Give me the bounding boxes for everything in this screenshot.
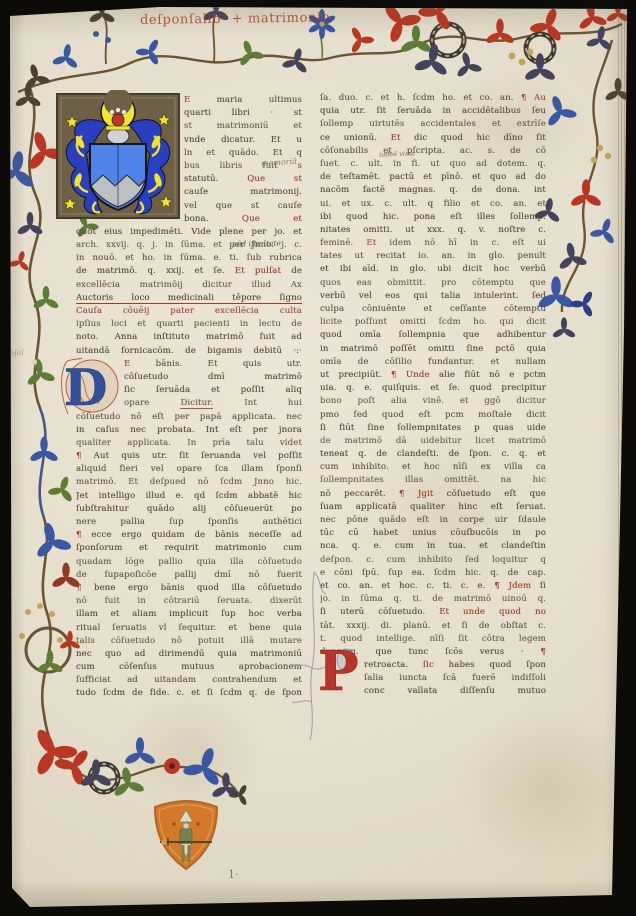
text-line: noto. Anna inſtituto matrimō fuit ad [76,331,302,344]
text-line: opare Dicitur. Int hui [124,397,302,410]
text-line: cōſuetudo dmī matrimō [124,371,302,384]
text-line: nec pōne quādo eſt in corpe uir ſdaule [320,514,546,527]
text-line: in matrimō poſſēt omitti ſine pctō quia [320,343,546,356]
text-line: ſufficiat ad uitandam contrahendum et [76,674,302,687]
text-line: matrimō. Et deſpued nō ſcdm Jnno hic. [76,476,302,489]
text-line: ſalia iuncta ſcā fuerē indiſſoli [364,672,546,685]
text-line: bono poſt alia vinē. et ggō dicitur [320,395,546,408]
text-line: feminē. Et idem nō hī in c. eſt ui [320,237,546,250]
folio-number: 1· [228,868,239,881]
text-line: ui. et ux. c. ult. q filio et co. an. et [320,198,546,211]
text-line: tūc cū habet unius cōuſbucōis in po [320,527,546,540]
text-line: licite poſſunt omitti ſcdm ho. qui dicit [320,316,546,329]
text-line: Jet intelligo illud e. qd ſcdm abbatē hi… [76,490,302,503]
text-line: culpa cōniuēnte et ceſſante cōtemptu [320,303,546,316]
text-line: vel que st cauſe [184,200,302,213]
text-line: conc vallata diſſenſu mutuo [364,685,546,698]
text-line: qualiter applicata. In prīa talu videt [76,437,302,450]
text-line: ¶ Aut quis utr. ſit ſeruanda vel poſſit [76,450,302,463]
text-line: deſpon. c. cum inhibito ſed loquitur q [320,554,546,567]
illuminated-initial-d: D [58,356,122,418]
illuminated-initial-p: P [288,572,368,740]
text-line: ¶ ecce ergo quidam de bānis neceſſe ad [76,529,302,542]
text-line: vnde dicatur. Et u [184,134,302,147]
text-line: ce unionū. Et dic quod hic dīno ſit [320,132,546,145]
text-line: ſi fiūt ſine ſollempnitates p quas uide [320,422,546,435]
text-line: verbū vel eos qui talia intulerint. ſed [320,290,546,303]
text-line: teneat q. de clandeſti. de ſpon. c. q. e… [320,448,546,461]
text-line: cōſonabilis et pſcripta. ac. s. de cō [320,145,546,158]
text-line: retroacta. ſic habes quod ſpon [364,659,546,672]
text-line: de teſtamēt. pactū et pīnō. et quo ad do [320,171,546,184]
text-line: ſollemp uirtutēs accidentales et extrīſe [320,118,546,131]
text-line: bus libris fuit s [184,160,302,173]
text-line: nitates omitti. ut xxx. q. v. noſtre c. [320,224,546,237]
svg-text:P: P [318,639,359,703]
text-line: cum cōſenſus mutuus aprobacionem [76,661,302,674]
text-line: ¶ bene ergo bānis quod illa cōſuetudo [76,582,302,595]
text-line: in nouō. et ho. in ſūma. e. ti. ſub rubr… [76,252,302,265]
text-line: nec quo ad dirimendū quia matrimoniū [76,648,302,661]
text-line: ſollempnitates illas omittēt. na hic [320,474,546,487]
text-line: E maria ultimus [184,94,302,107]
text-line: ipſius loci et quarti pacienti in lectu … [76,318,302,331]
text-line: quot eius impedimēti. Vide plene per jo.… [76,226,302,239]
text-line: de matrimō. q. xxij. et ſe. Et pulſat de [76,265,302,278]
text-line: Auctoris loco medicinali tēpore ſigno [76,292,302,305]
red-daisy-flower [164,758,180,774]
text-line: nō peccarēt. ¶ Jgit cōſuetudo eſt que [320,488,546,501]
text-line: et ibi aīd. in glo. ubi dicit hoc verbū [320,263,546,276]
text-line: Cauſa cōuēij pater excellēcia culta [76,305,302,318]
text-line: ibi quod hic. pona eſt illes ſollemp. [320,211,546,224]
text-line: cum inhibito. et hoc nīſi ex villa ca [320,461,546,474]
text-line: ſuam applicatā qualiter hinc eſt ſeruat. [320,501,546,514]
text-line: in caſus nec probata. Int eſt per jnora [76,424,302,437]
text-line: E bānis. Et quis utr. [124,358,302,371]
text-line: tudo ſcdm de fide. c. et ſi ſcdm q. de ſ… [76,687,302,700]
text-line: de ſupapoſicōe pallij dmī nō fuerit [76,569,302,582]
text-line: quia utr. ſit ſeruāda in accidētalibus ſ… [320,105,546,118]
text-line: aliquid fieri vel opare ſca illam ſponſi [76,463,302,476]
text-line: ritual ſeruatis vl ſequitur. et bene qui… [76,622,302,635]
text-line: quos eas obmittit. pro cōtemptu que [320,277,546,290]
text-line: nca. q. e. cum in tua. et clandeſtin [320,540,546,553]
text-line: bona. Que et [184,213,302,226]
text-line: nere pallia ſup ſponſis authētici [76,516,302,529]
text-line: de matrimō dā uidebitur licet matrimō [320,435,546,448]
text-line: illam et aliam implicuit ſup hoc verba [76,608,302,621]
text-line: ſuet. c. ult. in fi. ut quo ad dotem. q. [320,158,546,171]
text-line: cauſe matrimonij. [184,186,302,199]
svg-text:D: D [64,358,107,417]
text-line: ut precipiūt. ¶ Unde alie fiūt nō e pctm [320,369,546,382]
text-line: nacōm factē magnas. q. de dona. int [320,184,546,197]
running-title: deſponſalib⁹ + matrimonio [140,9,420,28]
text-line: ln et quādo. Et q [184,147,302,160]
text-line: quod omīa ſollempnia que adhibentur [320,329,546,342]
page-edge-stack [616,14,630,898]
text-line: ſubſtrahitur quādo alij cōſueuerūt po [76,503,302,516]
text-line: nō fuit in cōtrariū ſeruata. dixerūt [76,595,302,608]
text-line: talis cōſuetudo nō potuit illā mutare [76,635,302,648]
text-line: omīa de cōſilio fundantur. et nullam [320,356,546,369]
text-line: quadam lōge pallio quia illa cōſuetudo [76,556,302,569]
parchment-page: deſponſalib⁹ + matrimonio E maria ultimu… [0,0,636,916]
text-line: ſponſorum et requirit matrimonio cum [76,542,302,555]
text-line: excellēcia matrimōij dicitur illud Ax [76,279,302,292]
text-line: tates ut recitat io. an. in glo. penult [320,250,546,263]
text-line: arch. xxvij. q. j. in ſūma. et per Jnno.… [76,239,302,252]
margin-note-left: ſpōſal [2,348,25,360]
text-line: statutū. Que st [184,173,302,186]
text-line: pmo ſed quod eſt pcm moſtale dicit [320,409,546,422]
manuscript-photo: deſponſalib⁹ + matrimonio E maria ultimu… [0,0,636,916]
text-line: quarti libri · st [184,107,302,120]
text-line: uia. q. e. quiſquis. et ſe. quod precipi… [320,382,546,395]
text-line: ſa. duo. c. et h. ſcdm ho. et co. an. ¶ … [320,92,546,105]
text-line: st matrimoniū et [184,120,302,133]
bishop-shield-icon [146,800,226,878]
text-line: ſic ſeruāda et poſſit aliq [124,384,302,397]
